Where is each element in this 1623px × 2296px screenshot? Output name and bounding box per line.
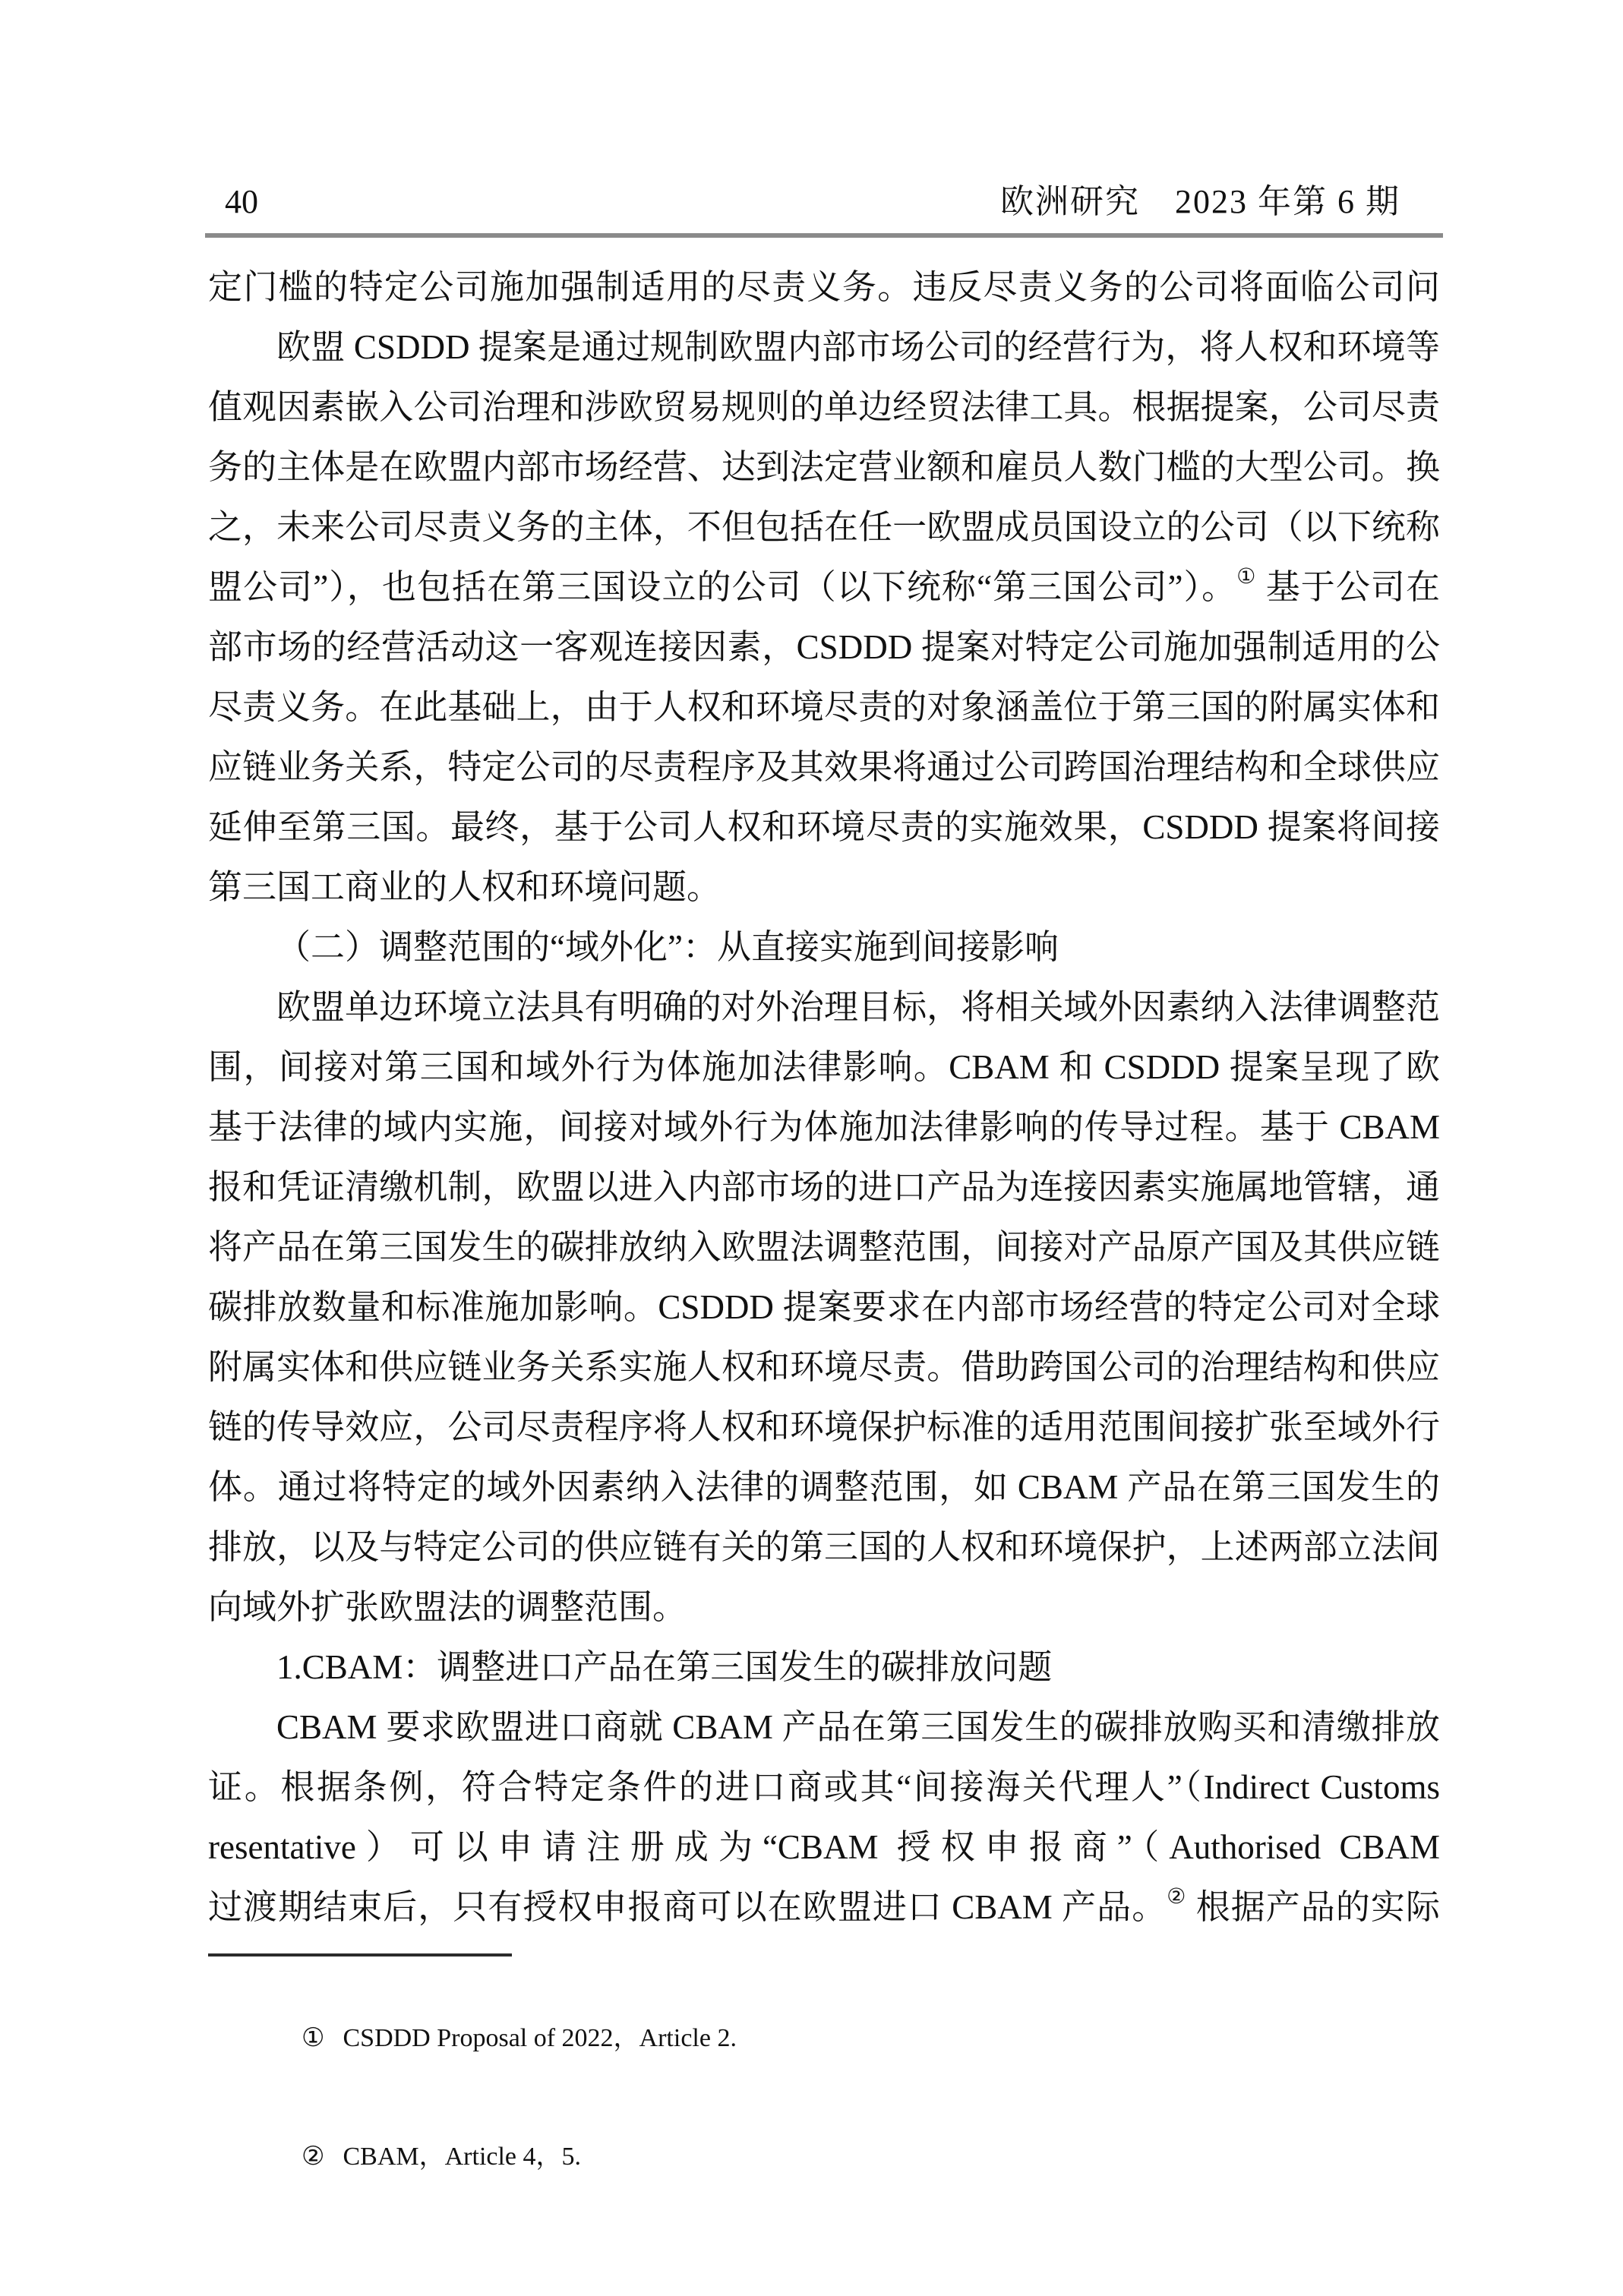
body-line: 尽责义务。在此基础上，由于人权和环境尽责的对象涵盖位于第三国的附属实体和供 xyxy=(208,677,1440,737)
body-line: 定门槛的特定公司施加强制适用的尽责义务。违反尽责义务的公司将面临公司问责。 xyxy=(208,257,1440,317)
body-line: 欧盟单边环境立法具有明确的对外治理目标，将相关域外因素纳入法律调整范 xyxy=(208,977,1440,1037)
body-line: 排放，以及与特定公司的供应链有关的第三国的人权和环境保护，上述两部立法间接 xyxy=(208,1518,1440,1578)
journal-title: 欧洲研究 2023 年第 6 期 xyxy=(1000,181,1400,223)
footnote-marker: ① xyxy=(302,2019,324,2058)
footnote-ref: ① xyxy=(1236,565,1256,589)
body-line: 欧盟 CSDDD 提案是通过规制欧盟内部市场公司的经营行为，将人权和环境等价 xyxy=(208,317,1440,377)
body-line: 向域外扩张欧盟法的调整范围。 xyxy=(208,1578,1440,1638)
body-line: resentative）可以申请注册成为“CBAM 授权申报商”（Authori… xyxy=(208,1818,1440,1878)
footnote-text: CBAM，Article 4，5. xyxy=(343,2143,581,2171)
body-line: 务的主体是在欧盟内部市场经营、达到法定营业额和雇员人数门槛的大型公司。换言 xyxy=(208,437,1440,497)
footnote-rule xyxy=(208,1953,512,1956)
footnote-text: CSDDD Proposal of 2022，Article 2. xyxy=(343,2024,736,2052)
body-line: 报和凭证清缴机制，欧盟以进入内部市场的进口产品为连接因素实施属地管辖，通过 xyxy=(208,1157,1440,1217)
body-line: 链的传导效应，公司尽责程序将人权和环境保护标准的适用范围间接扩张至域外行为 xyxy=(208,1397,1440,1458)
section-subheading: （二）调整范围的“域外化”：从直接实施到间接影响 xyxy=(208,917,1440,977)
footnote-ref: ② xyxy=(1167,1885,1186,1909)
body-line: CBAM 要求欧盟进口商就 CBAM 产品在第三国发生的碳排放购买和清缴排放凭 xyxy=(208,1698,1440,1758)
body-text: 定门槛的特定公司施加强制适用的尽责义务。违反尽责义务的公司将面临公司问责。欧盟 … xyxy=(208,257,1440,1938)
body-line: 附属实体和供应链业务关系实施人权和环境尽责。借助跨国公司的治理结构和供应 xyxy=(208,1337,1440,1397)
body-line: 将产品在第三国发生的碳排放纳入欧盟法调整范围，间接对产品原产国及其供应链的 xyxy=(208,1217,1440,1277)
body-line: 体。通过将特定的域外因素纳入法律的调整范围，如 CBAM 产品在第三国发生的碳 xyxy=(208,1458,1440,1518)
body-line: 基于法律的域内实施，间接对域外行为体施加法律影响的传导过程。基于 CBAM 申 xyxy=(208,1097,1440,1157)
footnote-marker: ② xyxy=(302,2137,324,2177)
body-line: 证。根据条例，符合特定条件的进口商或其“间接海关代理人”（Indirect Cu… xyxy=(208,1758,1440,1818)
footnote-item: ①CSDDD Proposal of 2022，Article 2. xyxy=(208,1979,1440,2098)
page-header: 40 欧洲研究 2023 年第 6 期 xyxy=(208,181,1440,223)
header-rule xyxy=(205,233,1443,238)
body-line: 围，间接对第三国和域外行为体施加法律影响。CBAM 和 CSDDD 提案呈现了欧… xyxy=(208,1037,1440,1097)
body-line: 过渡期结束后，只有授权申报商可以在欧盟进口 CBAM 产品。② 根据产品的实际进… xyxy=(208,1878,1440,1938)
section-subheading: 1.CBAM：调整进口产品在第三国发生的碳排放问题 xyxy=(208,1638,1440,1698)
body-line: 第三国工商业的人权和环境问题。 xyxy=(208,857,1440,917)
body-line: 应链业务关系，特定公司的尽责程序及其效果将通过公司跨国治理结构和全球供应链 xyxy=(208,737,1440,797)
body-line: 值观因素嵌入公司治理和涉欧贸易规则的单边经贸法律工具。根据提案，公司尽责义 xyxy=(208,377,1440,437)
page-number: 40 xyxy=(225,181,258,223)
body-line: 部市场的经营活动这一客观连接因素，CSDDD 提案对特定公司施加强制适用的公司 xyxy=(208,617,1440,677)
body-line: 碳排放数量和标准施加影响。CSDDD 提案要求在内部市场经营的特定公司对全球的 xyxy=(208,1277,1440,1337)
footnotes: ①CSDDD Proposal of 2022，Article 2. ②CBAM… xyxy=(208,1979,1440,2216)
body-line: 延伸至第三国。最终，基于公司人权和环境尽责的实施效果，CSDDD 提案将间接影响 xyxy=(208,797,1440,857)
body-line: 之，未来公司尽责义务的主体，不但包括在任一欧盟成员国设立的公司（以下统称“欧 xyxy=(208,497,1440,557)
footnote-item: ②CBAM，Article 4，5. xyxy=(208,2098,1440,2216)
journal-page: 40 欧洲研究 2023 年第 6 期 定门槛的特定公司施加强制适用的尽责义务。… xyxy=(0,0,1623,2296)
body-line: 盟公司”），也包括在第三国设立的公司（以下统称“第三国公司”）。① 基于公司在内 xyxy=(208,557,1440,617)
